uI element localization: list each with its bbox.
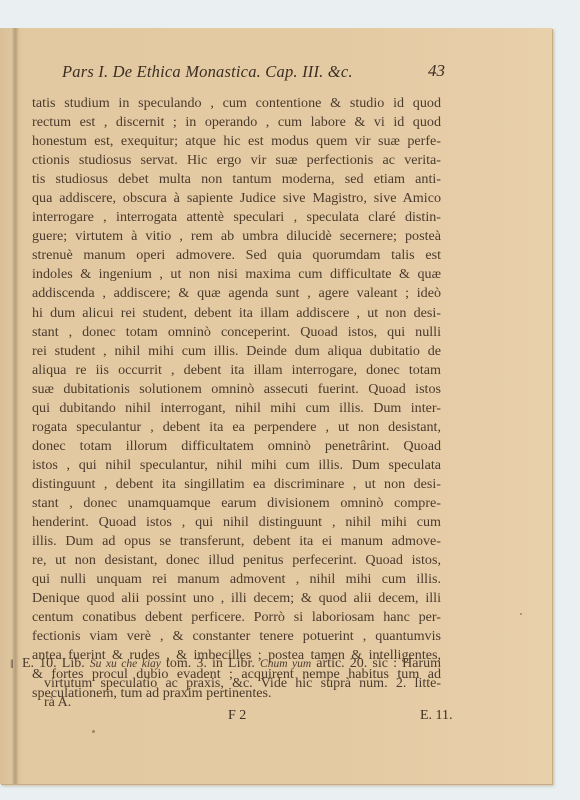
note-chinese-title: Su xu che kiay [90, 658, 161, 670]
text-line: suæ dubitationis solutionem omninò assec… [32, 380, 441, 399]
text-line: qua addiscere, obscura à sapiente Judice… [32, 189, 441, 208]
note-text: E. 10. Lib. [22, 656, 90, 671]
note-chinese-title: Chum yum [260, 658, 311, 670]
text-line: interrogare , interrogata attentè specul… [32, 208, 441, 227]
body-text: tatis studium in speculando , cum conten… [32, 94, 441, 704]
paper-speck [92, 730, 95, 733]
text-line: qui nulli unquam rei manum admovent , ni… [32, 570, 441, 589]
catchword: E. 11. [420, 708, 453, 724]
text-line: re, ut non desistant, donec illud penitu… [32, 551, 441, 570]
note-text: tom. 3. in Libr. [161, 656, 260, 671]
text-line: hi dum alicui rei student, debent ita il… [32, 304, 441, 323]
text-line: qui dubitando nihil interrogant, nihil m… [32, 399, 441, 418]
text-line: aliqua re iis occurrit , debent ita illa… [32, 361, 441, 380]
text-line: distinguunt , debent ita singillatim ea … [32, 475, 441, 494]
running-head: Pars I. De Ethica Monastica. Cap. III. &… [62, 62, 462, 82]
text-line: istos , qui nihil speculantur, nihil mih… [32, 456, 441, 475]
note-text: artic. 20. sic : Harum [311, 656, 441, 671]
text-line: centum conatibus debent perficere. Porrò… [32, 608, 441, 627]
text-line: addiscenda , addiscere; & quæ agenda sun… [32, 284, 441, 303]
note-line: E. 10. Lib. Su xu che kiay tom. 3. in Li… [22, 654, 441, 674]
note-line: virtutum speculatio ac praxis, &c. Vide … [22, 674, 441, 693]
paper-speck [520, 613, 522, 615]
text-line: rei student , nihil mihi cum illis. Dein… [32, 342, 441, 361]
text-line: tatis studium in speculando , cum conten… [32, 94, 441, 113]
page-number: 43 [428, 61, 445, 81]
note-marker: ‖ [10, 654, 14, 673]
text-line: rectum est , discernit ; in operando , c… [32, 113, 441, 132]
text-line: strenuè manum operi admovere. Sed quia q… [32, 246, 441, 265]
text-line: illis. Dum ad opus se transferunt, deben… [32, 532, 441, 551]
text-line: tis studiosus debet multa non tantum mod… [32, 170, 441, 189]
text-line: henderint. Quoad istos , qui nihil disti… [32, 513, 441, 532]
text-line: guere; virtutem à vitio , rem ab umbra d… [32, 227, 441, 246]
signature-mark: F 2 [228, 708, 246, 724]
book-page: Pars I. De Ethica Monastica. Cap. III. &… [0, 28, 552, 784]
text-line: rogata speculantur , debent ita ea perpe… [32, 418, 441, 437]
text-line: honestum est, exequitur; atque hic est m… [32, 132, 441, 151]
text-line: stant , donec unamquamque earum division… [32, 494, 441, 513]
text-line: stant , donec totam omninò conceperint. … [32, 323, 441, 342]
text-line: indoles & ingenium , ut non nisi maxima … [32, 265, 441, 284]
text-line: donec totam illorum difficultatem omninò… [32, 437, 441, 456]
text-line: Denique quod alii possint uno , illi dec… [32, 589, 441, 608]
text-line: ctionis studiosus servat. Hic ergo vir s… [32, 151, 441, 170]
text-line: fectionis viam verè , & constanter tener… [32, 627, 441, 646]
